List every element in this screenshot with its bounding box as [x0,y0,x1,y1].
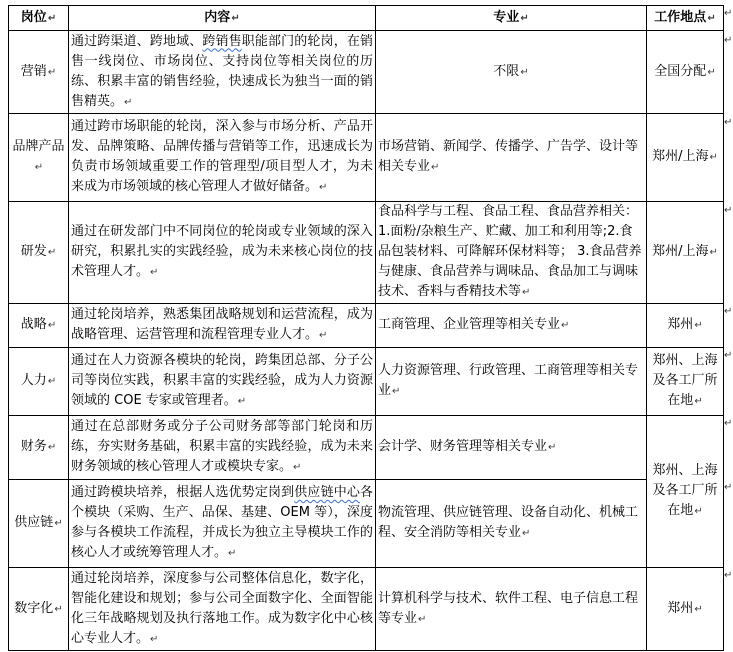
table-row-hr: 人力↵ 通过在人力资源各模块的轮岗，跨集团总部、分子公司等岗位实践，积累丰富的实… [9,348,724,416]
table-row-strategy: 战略↵ 通过轮岗培养，熟悉集团战略规划和运营流程，成为战略管理、运营管理和流程管… [9,304,724,348]
paragraph-mark: ↵ [431,162,439,173]
cell-content[interactable]: 通过轮岗培养，深度参与公司整体信息化，数字化，智能化建设和规划；参与公司全面数字… [69,568,376,651]
paragraph-mark: ↵ [48,247,56,258]
cell-location[interactable]: 郑州、上海及各工厂所在地↵ [647,348,724,416]
location-text: 郑州 [667,601,693,616]
end-of-row-mark: ↵ [724,206,732,216]
cell-location[interactable]: 郑州/上海↵ [647,202,724,304]
content-text: 通过在总部财务或分子公司财务部等部门轮岗和历练，夯实财务基础，积累丰富的实践经验… [71,419,373,474]
location-text: 郑州/上海 [652,244,708,259]
content-text: 通过在人力资源各模块的轮岗，跨集团总部、分子公司等岗位实践，积累丰富的实践经验，… [71,353,373,408]
cell-position[interactable]: 营销↵ [9,31,69,114]
position-label: 营销 [21,64,47,79]
paragraph-mark: ↵ [694,506,702,517]
cell-location[interactable]: 全国分配↵ [647,31,724,114]
cell-position[interactable]: 研发↵ [9,202,69,304]
paragraph-mark: ↵ [694,396,702,407]
major-text: 工商管理、企业管理等相关专业 [378,317,560,332]
end-of-row-mark: ↵ [724,571,732,581]
header-position-label: 岗位 [21,10,47,25]
paragraph-mark: ↵ [231,13,239,24]
cell-major[interactable]: 人力资源管理、行政管理、工商管理等相关专业↵ [376,348,647,416]
table-row-supply-chain: 供应链↵ 通过跨模块培养，根据人选优势定岗到供应链中心各个模块（采购、生产、品保… [9,480,724,568]
cell-content[interactable]: 通过跨市场职能的轮岗，深入参与市场分析、产品开发、品牌策略、品牌传播与营销等工作… [69,114,376,202]
content-text: 通过跨模块培养，根据人选优势定岗到 [71,485,294,500]
location-text: 郑州、上海及各工厂所在地 [652,463,717,518]
paragraph-mark: ↵ [48,67,56,78]
content-text: 通过跨市场职能的轮岗，深入参与市场分析、产品开发、品牌策略、品牌传播与营销等工作… [71,119,373,194]
paragraph-mark: ↵ [319,182,327,193]
position-label: 战略 [21,317,47,332]
cell-position[interactable]: 财务↵ [9,416,69,480]
cell-major[interactable]: 会计学、财务管理等相关专业↵ [376,416,647,480]
paragraph-mark: ↵ [694,604,702,615]
major-text: 物流管理、供应链管理、设备自动化、机械工程、安全消防等相关专业 [378,505,638,540]
header-row: 岗位↵ 内容↵ 专业↵ 工作地点↵ [9,6,724,31]
end-of-row-mark: ↵ [724,351,732,361]
cell-major[interactable]: 计算机科学与技术、软件工程、电子信息工程等专业↵ [376,568,647,651]
paragraph-mark: ↵ [238,396,246,407]
content-text: 通过轮岗培养，熟悉集团战略规划和运营流程，成为战略管理、运营管理和流程管理专业人… [71,307,373,342]
header-content-label: 内容 [204,10,230,25]
paragraph-mark: ↵ [54,518,62,529]
header-location-label: 工作地点 [654,10,706,25]
cell-location[interactable]: 郑州↵ [647,304,724,348]
recruitment-table: 岗位↵ 内容↵ 专业↵ 工作地点↵ 营销↵ 通过跨渠道、跨地域、跨销售职能部门的… [8,5,724,651]
cell-location[interactable]: 郑州/上海↵ [647,114,724,202]
header-content[interactable]: 内容↵ [69,6,376,31]
paragraph-mark: ↵ [150,267,158,278]
header-major-label: 专业 [493,10,519,25]
cell-position[interactable]: 战略↵ [9,304,69,348]
paragraph-mark: ↵ [54,604,62,615]
position-label: 数字化 [14,601,53,616]
major-text: 计算机科学与技术、软件工程、电子信息工程等专业 [378,591,638,626]
paragraph-mark: ↵ [48,13,56,24]
paragraph-mark: ↵ [520,67,528,78]
cell-location-merged[interactable]: 郑州、上海及各工厂所在地↵ [647,416,724,568]
position-label: 财务 [21,439,47,454]
cell-position[interactable]: 供应链↵ [9,480,69,568]
header-position[interactable]: 岗位↵ [9,6,69,31]
cell-content[interactable]: 通过跨渠道、跨地域、跨销售职能部门的轮岗，在销售一线岗位、市场岗位、支持岗位等相… [69,31,376,114]
cell-location[interactable]: 郑州↵ [647,568,724,651]
table-row-brand-product: 品牌产品↵ 通过跨市场职能的轮岗，深入参与市场分析、产品开发、品牌策略、品牌传播… [9,114,724,202]
position-label: 研发 [21,244,47,259]
table-row-marketing: 营销↵ 通过跨渠道、跨地域、跨销售职能部门的轮岗，在销售一线岗位、市场岗位、支持… [9,31,724,114]
cell-position[interactable]: 数字化↵ [9,568,69,651]
paragraph-mark: ↵ [522,287,530,298]
cell-content[interactable]: 通过轮岗培养，熟悉集团战略规划和运营流程，成为战略管理、运营管理和流程管理专业人… [69,304,376,348]
cell-content[interactable]: 通过在总部财务或分子公司财务部等部门轮岗和历练，夯实财务基础，积累丰富的实践经验… [69,416,376,480]
paragraph-mark: ↵ [319,330,327,341]
position-label: 供应链 [14,515,53,530]
cell-content[interactable]: 通过跨模块培养，根据人选优势定岗到供应链中心各个模块（采购、生产、品保、基建、O… [69,480,376,568]
spellcheck-wavy-text: 供应链中心 [294,485,360,500]
cell-position[interactable]: 人力↵ [9,348,69,416]
cell-major[interactable]: 市场营销、新闻学、传播学、广告学、设计等相关专业↵ [376,114,647,202]
header-location[interactable]: 工作地点↵ [647,6,724,31]
paragraph-mark: ↵ [710,152,718,163]
paragraph-mark: ↵ [707,67,715,78]
location-text: 郑州 [667,317,693,332]
content-text: 通过在研发部门中不同岗位的轮岗或专业领域的深入研究，积累扎实的实践经验，成为未来… [71,224,373,279]
major-text: 会计学、财务管理等相关专业 [378,439,547,454]
end-of-row-mark: ↵ [724,9,732,19]
end-of-row-mark: ↵ [724,419,732,429]
location-text: 郑州/上海 [652,149,708,164]
cell-major[interactable]: 食品科学与工程、食品工程、食品营养相关：1.面粉/杂粮生产、贮藏、加工和利用等;… [376,202,647,304]
paragraph-mark: ↵ [124,97,132,108]
position-label: 品牌产品 [12,139,64,154]
end-of-row-mark: ↵ [724,483,732,493]
paragraph-mark: ↵ [48,320,56,331]
major-text: 人力资源管理、行政管理、工商管理等相关专业 [378,363,638,398]
end-of-row-mark: ↵ [724,307,732,317]
table-row-rnd: 研发↵ 通过在研发部门中不同岗位的轮岗或专业领域的深入研究，积累扎实的实践经验，… [9,202,724,304]
spellcheck-wavy-text: 跨销售 [202,34,241,49]
major-text: 食品科学与工程、食品工程、食品营养相关：1.面粉/杂粮生产、贮藏、加工和利用等;… [378,204,642,299]
paragraph-mark: ↵ [293,462,301,473]
paragraph-mark: ↵ [35,162,43,173]
cell-major[interactable]: 工商管理、企业管理等相关专业↵ [376,304,647,348]
paragraph-mark: ↵ [710,247,718,258]
cell-major[interactable]: 物流管理、供应链管理、设备自动化、机械工程、安全消防等相关专业↵ [376,480,647,568]
location-text: 郑州、上海及各工厂所在地 [652,353,717,408]
major-text: 市场营销、新闻学、传播学、广告学、设计等相关专业 [378,139,638,174]
table-row-digitalization: 数字化↵ 通过轮岗培养，深度参与公司整体信息化，数字化，智能化建设和规划；参与公… [9,568,724,651]
paragraph-mark: ↵ [48,442,56,453]
paragraph-mark: ↵ [548,442,556,453]
header-major[interactable]: 专业↵ [376,6,647,31]
paragraph-mark: ↵ [707,13,715,24]
table-row-finance: 财务↵ 通过在总部财务或分子公司财务部等部门轮岗和历练，夯实财务基础，积累丰富的… [9,416,724,480]
paragraph-mark: ↵ [392,386,400,397]
paragraph-mark: ↵ [418,614,426,625]
position-label: 人力 [21,373,47,388]
paragraph-mark: ↵ [561,320,569,331]
content-text: 通过轮岗培养，深度参与公司整体信息化，数字化，智能化建设和规划；参与公司全面数字… [71,571,373,646]
end-of-row-mark: ↵ [724,118,732,128]
end-of-row-mark: ↵ [724,36,732,46]
paragraph-mark: ↵ [694,320,702,331]
paragraph-mark: ↵ [150,634,158,645]
location-text: 全国分配 [654,64,706,79]
cell-position[interactable]: 品牌产品↵ [9,114,69,202]
cell-major[interactable]: 不限↵ [376,31,647,114]
paragraph-mark: ↵ [48,376,56,387]
major-text: 不限 [493,64,519,79]
cell-content[interactable]: 通过在人力资源各模块的轮岗，跨集团总部、分子公司等岗位实践，积累丰富的实践经验，… [69,348,376,416]
paragraph-mark: ↵ [522,528,530,539]
paragraph-mark: ↵ [520,13,528,24]
paragraph-mark: ↵ [228,548,236,559]
cell-content[interactable]: 通过在研发部门中不同岗位的轮岗或专业领域的深入研究，积累扎实的实践经验，成为未来… [69,202,376,304]
content-text: 通过跨渠道、跨地域、 [71,34,202,49]
